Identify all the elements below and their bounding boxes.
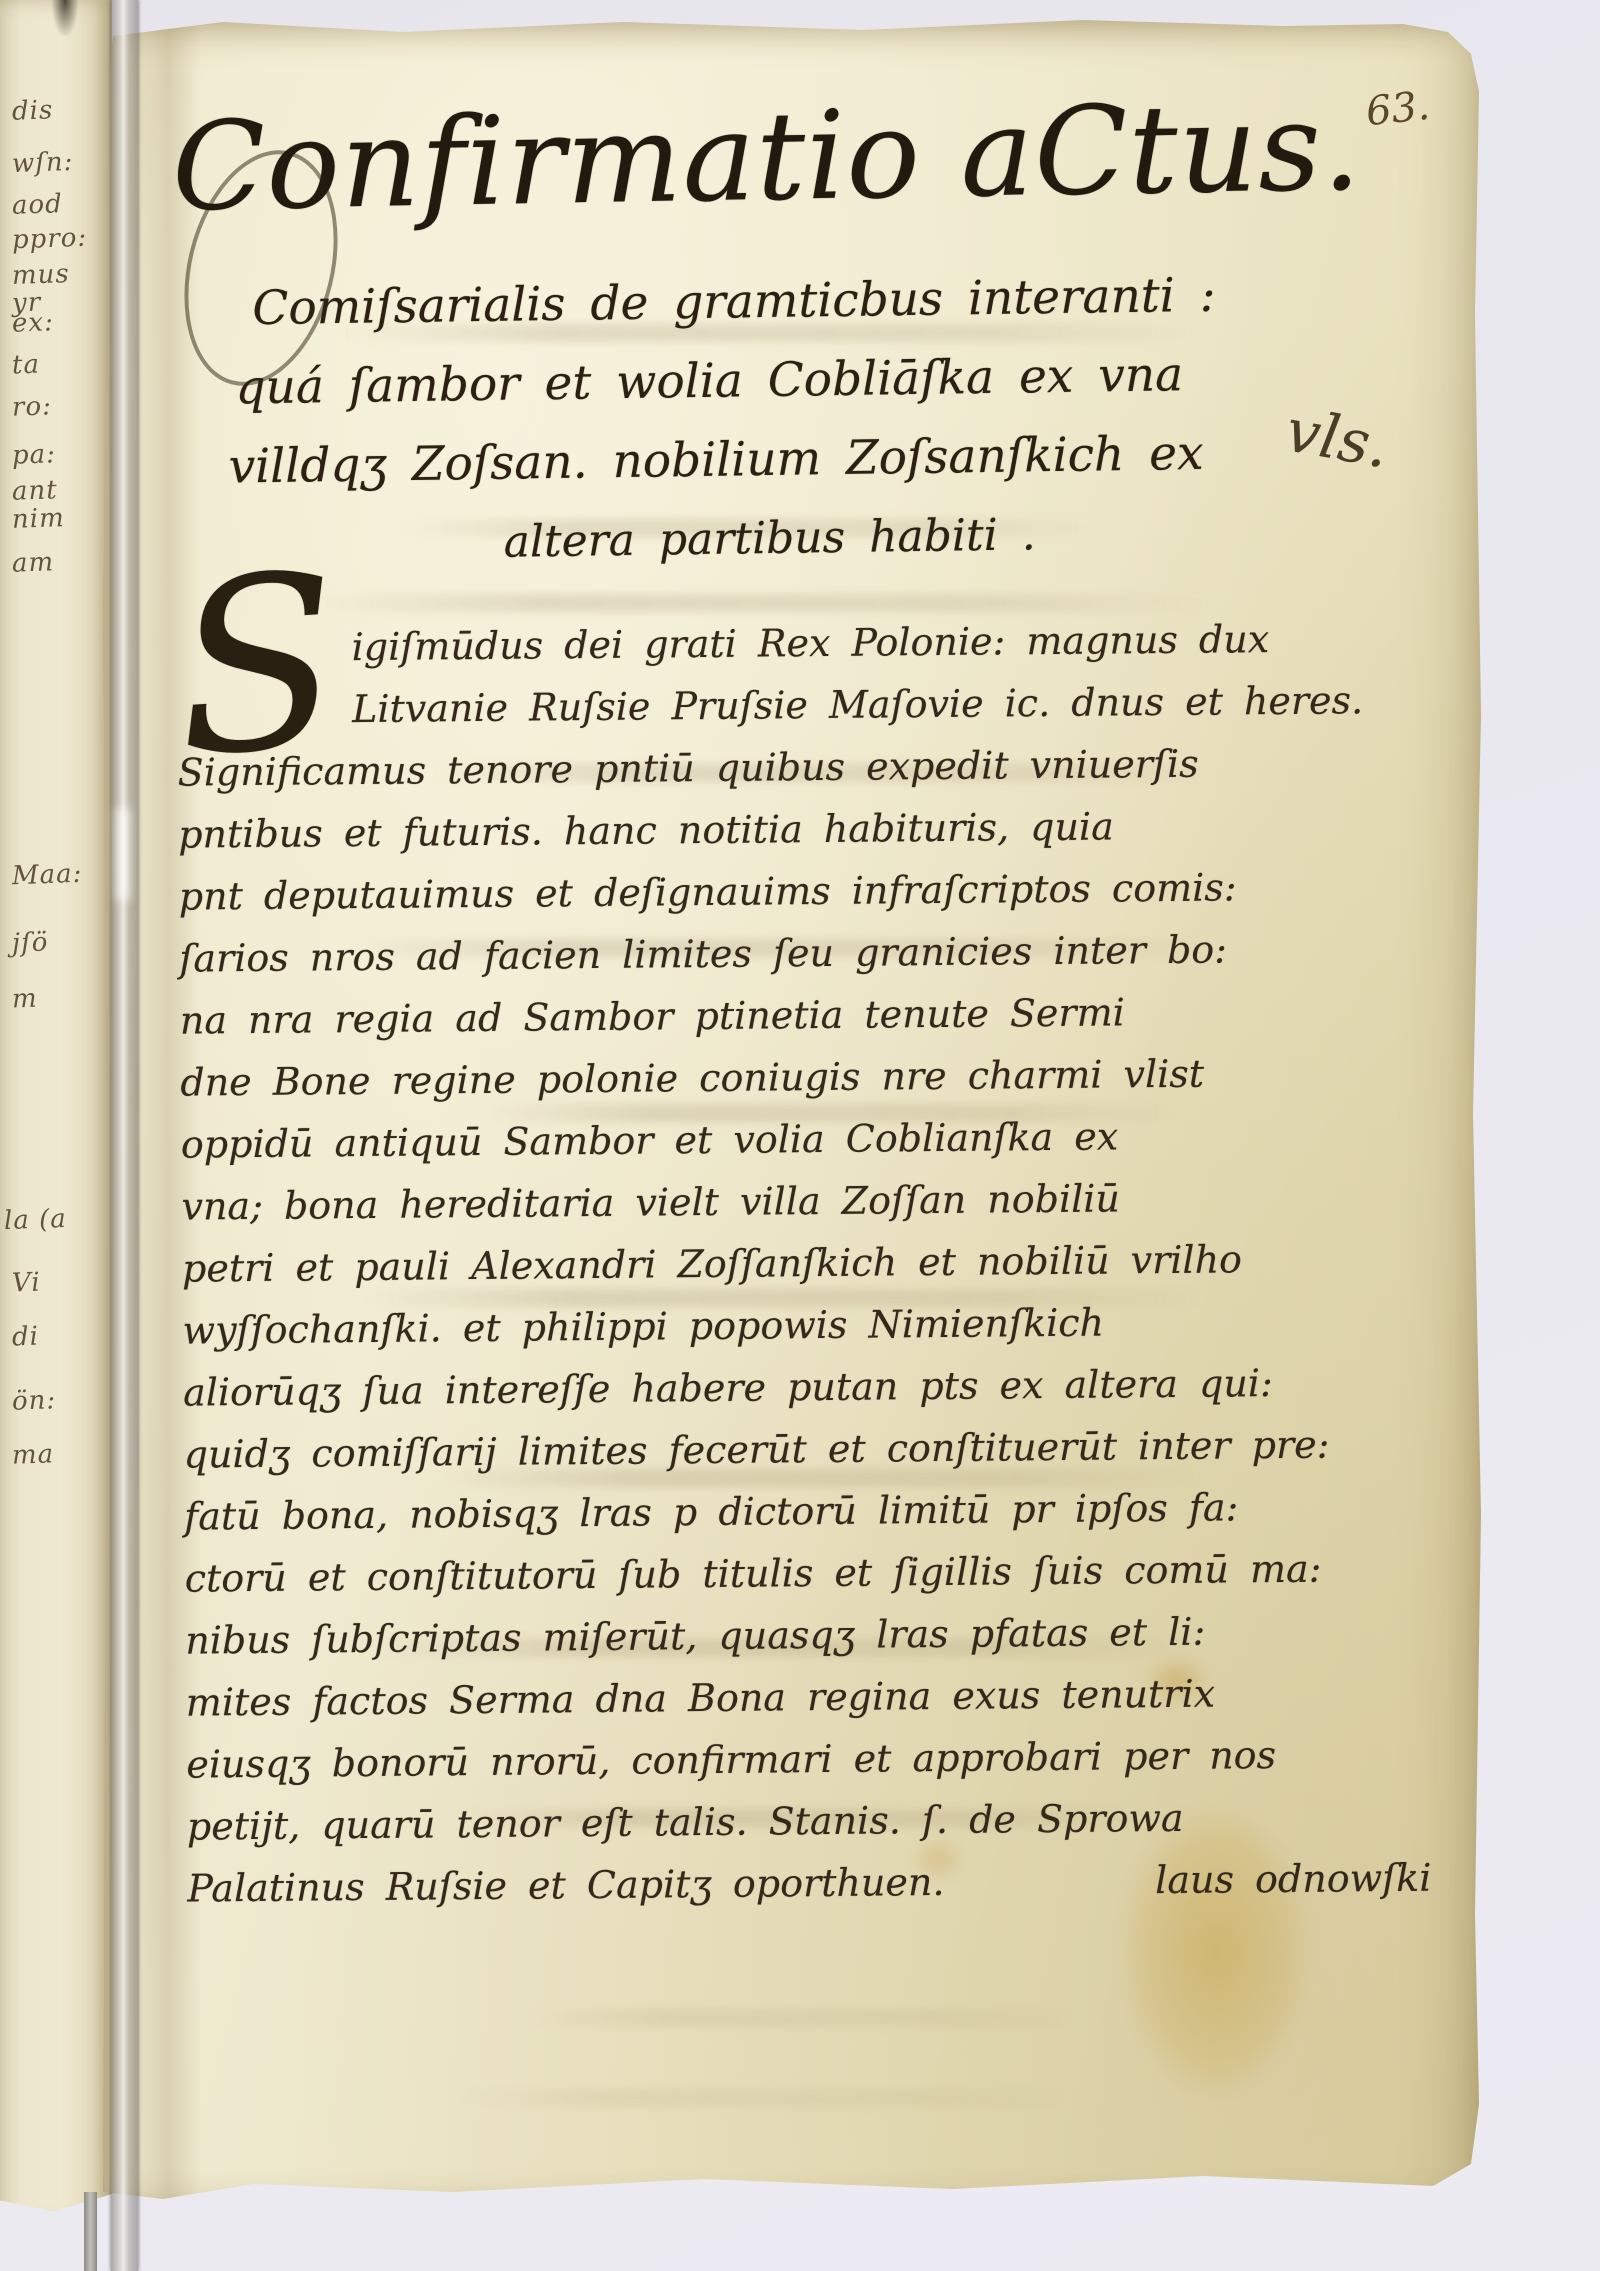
text-fragment: am bbox=[11, 547, 54, 578]
manuscript-line: quidʒ comiſſarij limites fecerūt et conſ… bbox=[183, 1412, 1463, 1485]
text-fragment: ro: bbox=[11, 391, 52, 422]
text-fragment: dis bbox=[11, 95, 53, 126]
manuscript-line: ſarios nros ad facien limites ſeu granic… bbox=[179, 916, 1459, 989]
text-fragment: pa: bbox=[11, 439, 56, 471]
manuscript-line: Palatinus Ruſsie et Capitʒ oporthuen. la… bbox=[187, 1846, 1467, 1919]
manuscript-line: na nra regia ad Sambor ptinetia tenute S… bbox=[180, 978, 1460, 1051]
manuscript-line: wyſſochanſki. et philippi popowis Nimien… bbox=[182, 1288, 1462, 1361]
text-fragment: ta bbox=[11, 350, 40, 381]
text-fragment: ant bbox=[11, 475, 58, 507]
text-fragment: ön: bbox=[11, 1385, 56, 1417]
manuscript-line: pntibus et futuris. hanc notitia habitur… bbox=[178, 792, 1458, 865]
manuscript-line: Litvanie Ruſsie Pruſsie Maſovie ic. dnus… bbox=[177, 668, 1457, 741]
subtitle-line: villdqʒ Zoſsan. nobilium Zoſsanſkich ex bbox=[228, 412, 1309, 506]
text-fragment: aod bbox=[11, 189, 63, 221]
manuscript-scan: diswſn:aodppro:musyrex:taro:pa:antnimamM… bbox=[0, 0, 1600, 2271]
manuscript-line: oppidū antiquū Sambor et volia Coblianſk… bbox=[181, 1102, 1461, 1175]
page-title: Confirmatio aCtus. bbox=[171, 74, 1353, 241]
manuscript-line: nibus ſubſcriptas miſerūt, quasqʒ lras p… bbox=[185, 1598, 1465, 1671]
folio-number: 63. bbox=[1364, 83, 1432, 135]
holder-strip-end bbox=[84, 2192, 97, 2271]
manuscript-line: dne Bone regine polonie coniugis nre cha… bbox=[180, 1040, 1460, 1113]
text-fragment: jſö bbox=[11, 927, 48, 958]
text-fragment: wſn: bbox=[11, 147, 73, 179]
manuscript-line: pnt deputauimus et deſignauims infraſcri… bbox=[179, 854, 1459, 927]
manuscript-line: fatū bona, nobisqʒ lras p dictorū limitū… bbox=[184, 1474, 1464, 1547]
manuscript-line: igiſmūdus dei grati Rex Polonie: magnus … bbox=[176, 606, 1456, 679]
subtitle-line: Comiſsarialis de gramticbus interanti : bbox=[226, 254, 1307, 348]
text-fragment: la (a bbox=[3, 1204, 67, 1236]
margin-fragments: diswſn:aodppro:musyrex:taro:pa:antnimamM… bbox=[0, 0, 112, 2225]
page-holder-strip bbox=[111, 0, 138, 2271]
text-fragment: di bbox=[11, 1322, 39, 1353]
gutter-shadow bbox=[52, 0, 78, 36]
previous-page-edge: diswſn:aodppro:musyrex:taro:pa:antnimamM… bbox=[0, 0, 112, 2225]
text-fragment: ma bbox=[11, 1439, 54, 1470]
subtitle-line: quá ſambor et wolia Cobliāſka ex vna bbox=[227, 333, 1308, 427]
text-fragment: m bbox=[11, 984, 38, 1015]
text-fragment: mus bbox=[11, 259, 70, 291]
manuscript-line: vna; bona hereditaria vielt villa Zoſſan… bbox=[181, 1164, 1461, 1237]
text-fragment: ppro: bbox=[11, 223, 87, 256]
text-fragment: ex: bbox=[11, 307, 54, 338]
manuscript-line: petri et pauli Alexandri Zoſſanſkich et … bbox=[182, 1226, 1462, 1299]
subtitle-block: Comiſsarialis de gramticbus interanti :q… bbox=[226, 254, 1310, 585]
body-text: igiſmūdus dei grati Rex Polonie: magnus … bbox=[176, 606, 1467, 1919]
manuscript-line: petijt, quarū tenor eſt talis. Stanis. ſ… bbox=[187, 1784, 1467, 1857]
manuscript-line: mites factos Serma dna Bona regina exus … bbox=[186, 1660, 1466, 1733]
manuscript-line: ctorū et conſtitutorū ſub titulis et ſig… bbox=[184, 1536, 1464, 1609]
manuscript-line: aliorūqʒ ſua intereſſe habere putan pts … bbox=[183, 1350, 1463, 1423]
manuscript-line: eiusqʒ bonorū nrorū, confirmari et appro… bbox=[186, 1722, 1466, 1795]
text-fragment: nim bbox=[11, 503, 65, 535]
text-fragment: Vi bbox=[11, 1268, 41, 1299]
text-fragment: Maa: bbox=[11, 859, 82, 891]
manuscript-line: Significamus tenore pntiū quibus expedit… bbox=[177, 730, 1457, 803]
subtitle-line: altera partibus habiti . bbox=[229, 491, 1310, 585]
